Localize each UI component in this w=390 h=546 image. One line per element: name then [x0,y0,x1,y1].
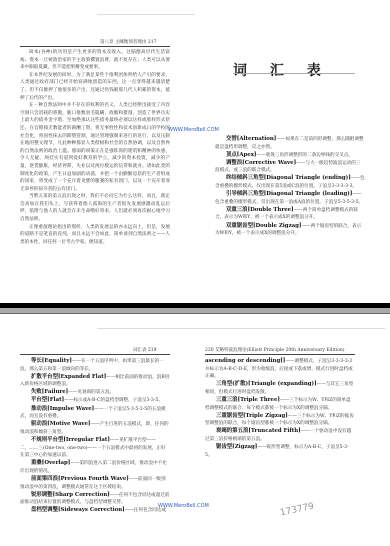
watermark-text: WWW.MeroBell.COM [168,127,219,133]
running-head: 词汇表 219 [133,347,157,353]
paragraph: 简本(谷神)的功用是产生更多的资本及收入，这脑德高层代生活富裕。资本一旦被政治家… [20,49,170,72]
glossary-term: 衰竭的第五浪[Truncated Fifth] [216,428,301,434]
glossary-term: 终结倾斜三角型[Diagonal Triangle (ending)] [226,175,351,181]
glossary-entry: 引导倾斜三角型[Diagonal Triangle (leading)]——包含… [215,191,365,206]
chapter-body: 简本(谷神)的功用是产生更多的资本及收入，这脑德高层代生活富裕。资本一旦被政治家… [20,49,170,246]
running-head: 220 艾略特波浪理论(Elliott Principle 20th Anniv… [205,347,345,353]
glossary-term: 盘档型调整[Sideways Correction] [31,507,125,513]
glossary-term: 失败[Failure] [31,389,68,395]
glossary-entry-continued: ascending or descending[]——调整模式，子浪呈3-3-3… [205,358,355,381]
glossary-term: 不规则平台型[Irregular Flat] [31,437,110,443]
glossary-entry: 失败[Failure]——见衰竭的第五浪。 [20,389,170,397]
glossary-entry: 扩散平台型[Expanded Flat]——相比前面的推动浪，浪B进入新价格区域… [20,374,170,389]
glossary-definition: ——见衰竭的第五浪。 [68,390,114,395]
glossary-term: 顶点[Apex] [226,152,256,158]
glossary-term: 重叠[Overlap] [31,460,70,466]
glossary-entry: 不规则平台型[Irregular Flat]——见扩散平台型——二，……三(On… [20,437,170,460]
paragraph: 当繁五第的第五浪出现之时，我们不必问它为什么这样，而且，既定会高加在我们头上，写… [20,193,170,223]
page-glossary-start: 交替[Alternation]——如果在二是前四形调整，那么随附调整就是盘档形调… [195,0,390,290]
library-stamp-number: 173779 [279,502,315,519]
glossary-entry: 重叠[Overlap]——第四浪进入第二浪价格区域，推动浪中不允许出现的情况。 [20,460,170,475]
page-217: 第八章 主睡衡须者理由 217 简本(谷神)的功用是产生更多的资本及收入，这脑德… [0,0,195,290]
glossary-definition: ——任何包含同达或 [125,508,166,513]
glossary-entry: 前面第四浪[Previous Fourth Wave]——前面同一级别推动浪中的… [20,476,170,491]
glossary-entry: 盘档型调整[Sideways Correction]——任何包含同达或 [20,507,170,515]
glossary-term: 推动浪[Impulse Wave] [31,406,94,412]
glossary-term: 双重锯齿型[Double Zigzag] [226,223,301,229]
glossary-entry: 终结倾斜三角型[Diagonal Triangle (ending)]——包含重… [215,175,365,190]
running-head: 第八章 主睡衡须者理由 217 [100,39,156,45]
glossary-title: 词 汇 表 [233,60,330,80]
glossary-definition: ——标示成A-B-C的盘档型调整，子浪呈3-3-5。 [64,398,163,403]
scan-edge-line [97,328,195,329]
glossary-definition: ——收敛三角形调整形的二条边界线的交叉点。 [256,153,352,158]
spread-divider-line [0,313,390,314]
glossary-list: 交替[Alternation]——如果在二是前四形调整，那么随附调整就是盘档形调… [215,136,365,238]
header-rule [20,354,170,355]
glossary-entry: 双重锯齿型[Double Zigzag]——两个锯齿型的联合，表示为W和Y，被一… [215,223,365,238]
glossary-term: 锐形调整[Sharp Correction] [31,492,110,498]
header-rule [20,46,170,47]
glossary-term: 等长[Equality] [31,358,72,364]
glossary-term: 调整浪[Corrective Wave] [226,160,296,166]
glossary-entry: 三角型(扩散)[Triangle (expanding)]——与其它三角型相同，… [205,381,355,396]
glossary-term: 交替[Alternation] [226,136,276,142]
page-219: 词汇表 219 等长[Equality]——在一个五浪序列中，如果第三浪最长的一… [0,325,195,546]
watermark-text: WWW.MeroBell.COM [158,503,209,509]
glossary-term: 前面第四浪[Previous Fourth Wave] [31,476,129,482]
glossary-term: 双重三浪[Double Three] [226,207,294,213]
scan-edge-line [195,328,385,329]
glossary-entry: 双重三浪[Double Three]——两个简单盘档调整模式的联合，表示为W和Y… [215,207,365,222]
glossary-term: ascending or descending[] [205,358,285,364]
glossary-entry: 三重锯齿型[Triple Zigzag]——三个标示为W、Y和Z的锯齿型调整浪的… [205,413,355,428]
scan-edge-line [97,14,195,15]
header-rule [205,354,355,355]
glossary-entry: 交替[Alternation]——如果在二是前四形调整，那么随附调整就是盘档形调… [215,136,365,151]
glossary-term: 三角型(扩散)[Triangle (expanding)] [216,381,317,387]
glossary-entry: 等长[Equality]——在一个五浪序列中，如果第三浪最长的一浪，那么第五和第… [20,358,170,373]
glossary-term: 驱动浪[Motive Wave] [31,421,90,427]
glossary-entry: 驱动浪[Motive Wave]——产生行进的五浪模式，即，任何的推动浪和倾斜三… [20,421,170,436]
glossary-entry: 推动浪[Impulse Wave]——一个子浪呈5-3-5-3-5的五浪模式，而… [20,406,170,421]
page-220: 220 艾略特波浪理论(Elliott Principle 20th Anniv… [195,325,390,546]
glossary-term: 平台型[Flat] [31,397,64,403]
glossary-term: 扩散平台型[Expanded Flat] [31,374,106,380]
glossary-term: 三重三浪[Triple Three] [216,397,280,403]
glossary-term: 锯齿型[Zigzag] [216,444,257,450]
glossary-entry: 三重三浪[Triple Three]——三个标示为W、Y和Z的简单盘档调整模式的… [205,397,355,412]
glossary-list: 等长[Equality]——在一个五浪序列中，如果第三浪最长的一浪，那么第五和第… [20,358,170,515]
title-rule [233,73,355,74]
glossary-term: 引导倾斜三角型[Diagonal Triangle (leading)] [226,191,352,197]
paragraph: 在本世纪发展的同时，为了满足某些个推利团体所给人产引的要求，人类通过政府部门已经… [20,72,170,102]
glossary-list: ascending or descending[]——调整模式，子浪呈3-3-3… [205,358,355,460]
glossary-entry: 锯齿型[Zigzag]——锐形型调整，标示为A-B-C，子浪呈5-3-5。 [205,444,355,459]
glossary-entry: 调整浪[Corrective Wave]——与大一级趋势波浪运动的三浪模式，或三… [215,160,365,175]
glossary-entry: 锐形调整[Sharp Correction]——任何不包含同达或超过前面推动浪结… [20,492,170,507]
paragraph: 在一种自然法则中并不存在的权利的名义，人类已经摆出接受了内容空洞只会消耗的骄傲，… [20,102,170,193]
glossary-entry: 顶点[Apex]——收敛三角形调整形的二条边界线的交叉点。 [215,152,365,160]
glossary-entry: 平台型[Flat]——标示成A-B-C的盘档型调整，子浪呈3-3-5。 [20,397,170,405]
paragraph: 正像重演理论指出的那样，人类的发展总的亦永远向上，但是，发展的道路不是笔直的直纯… [20,224,170,247]
glossary-term: 三重锯齿型[Triple Zigzag] [216,413,288,419]
glossary-entry: 衰竭的第五浪[Truncated Fifth]——一个驱动浪中没有越过第三浪价格… [205,428,355,443]
